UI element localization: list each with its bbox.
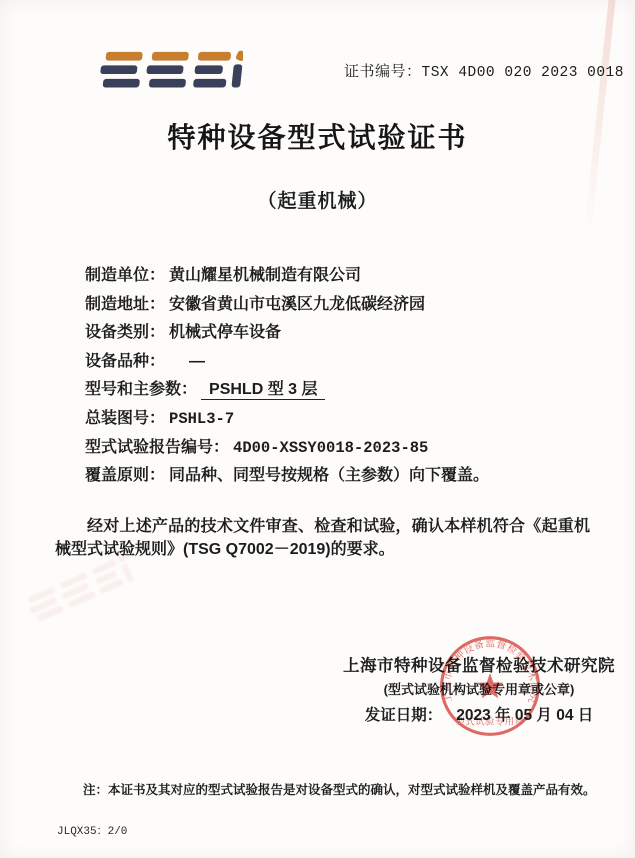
field-value: PSHLD 型 3 层 [201,376,325,400]
conclusion-statement: 经对上述产品的技术文件审查、检查和试验，确认本样机符合《起重机械型式试验规则》(… [55,515,590,561]
field-row-coverage-principle: 覆盖原则： 同品种、同型号按规格（主参数）向下覆盖。 [85,462,595,491]
field-row-assembly-drawing: 总装图号： PSHL3-7 [85,405,595,434]
field-label: 设备类别： [85,319,165,342]
certificate-number-line: 证书编号：TSX 4D00 020 2023 0018 [344,60,624,81]
ghost-logo-artifact [23,553,139,632]
field-label: 设备品种： [85,348,165,371]
seal-bottom-text: 型式试验专用章 [455,715,524,726]
certificate-title: 特种设备型式试验证书 [0,116,635,156]
field-value: 安徽省黄山市屯溪区九龙低碳经济园 [169,291,425,314]
form-code: JLQX35：2/0 [57,822,127,838]
field-label: 型号和主参数： [85,376,197,399]
field-row-address: 制造地址： 安徽省黄山市屯溪区九龙低碳经济园 [85,291,595,320]
official-seal-stamp: 上海市特种设备监督检验技术研究院 型式试验专用章 [438,634,542,738]
field-label: 制造单位： [85,262,165,285]
field-value: 同品种、同型号按规格（主参数）向下覆盖。 [169,462,489,485]
field-value: PSHL3-7 [169,410,234,428]
field-value: 机械式停车设备 [169,319,281,342]
fields-section: 制造单位： 黄山耀星机械制造有限公司 制造地址： 安徽省黄山市屯溪区九龙低碳经济… [85,262,595,491]
field-row-manufacturer: 制造单位： 黄山耀星机械制造有限公司 [85,262,595,291]
certificate-subtitle: （起重机械） [0,186,635,213]
field-value: — [189,353,205,371]
ssei-logo [95,50,243,100]
field-row-equipment-category: 设备类别： 机械式停车设备 [85,319,595,348]
certificate-number-value: TSX 4D00 020 2023 0018 [422,65,624,81]
field-label: 制造地址： [85,291,165,314]
field-label: 型式试验报告编号： [85,434,229,457]
field-label: 总装图号： [85,405,165,428]
field-row-equipment-variety: 设备品种： — [85,348,595,377]
certificate-number-label: 证书编号： [344,64,422,80]
field-value: 4D00-XSSY0018-2023-85 [233,439,428,457]
footnote: 注：本证书及其对应的型式试验报告是对设备型式的确认，对型式试验样机及覆盖产品有效… [83,780,595,798]
issue-date-label: 发证日期： [365,707,443,724]
field-row-model-parameters: 型号和主参数： PSHLD 型 3 层 [85,376,595,405]
certificate-page: 证书编号：TSX 4D00 020 2023 0018 特种设备型式试验证书 （… [0,0,635,858]
field-row-report-number: 型式试验报告编号： 4D00-XSSY0018-2023-85 [85,434,595,463]
seal-ring-text: 上海市特种设备监督检验技术研究院 [438,634,540,705]
seal-star-icon [477,673,504,698]
field-value: 黄山耀星机械制造有限公司 [169,262,361,285]
field-label: 覆盖原则： [85,462,165,485]
